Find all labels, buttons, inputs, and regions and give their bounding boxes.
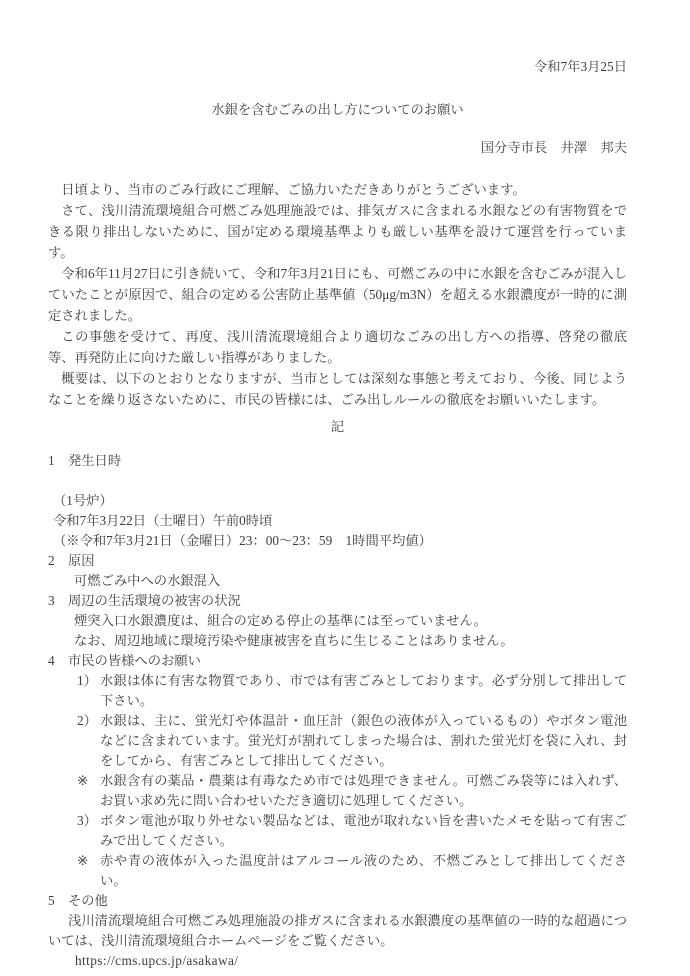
list-text: ボタン電池が取り外せない製品などは、電池が取れない旨を書いたメモを貼って有害ごみ…	[100, 811, 627, 851]
document-date: 令和7年3月25日	[48, 56, 627, 77]
section-3-line: なお、周辺地域に環境汚染や健康被害を直ちに生じることはありません。	[48, 631, 627, 651]
list-text: 水銀は、主に、蛍光灯や体温計・血圧計（銀色の液体が入っているもの）やボタン電池な…	[100, 711, 627, 771]
section-5-paragraph: 浅川清流環境組合可燃ごみ処理施設の排ガスに含まれる水銀濃度の基準値の一時的な超過…	[48, 911, 627, 951]
list-item-note: ※ 水銀含有の薬品・農薬は有毒なため市では処理できません。可燃ごみ袋等には入れず…	[48, 771, 627, 811]
intro-paragraphs: 日頃より、当市のごみ行政にご理解、ご協力いただきありがとうございます。 さて、浅…	[48, 179, 627, 410]
intro-paragraph: 令和6年11月27日に引き続いて、令和7年3月21日にも、可燃ごみの中に水銀を含…	[48, 263, 627, 326]
record-marker: 記	[48, 416, 627, 437]
intro-paragraph: 概要は、以下のとおりとなりますが、当市としては深刻な事態と考えており、今後、同じ…	[48, 368, 627, 410]
section-1-line: （1号炉）	[48, 491, 627, 511]
section-3-line: 煙突入口水銀濃度は、組合の定める停止の基準には至っていません。	[48, 611, 627, 631]
section-2-heading: 2 原因	[48, 551, 627, 571]
notice-sections: 1 発生日時 （1号炉） 令和7年3月22日（土曜日）午前0時頃 （※令和7年3…	[48, 451, 627, 971]
spacer	[48, 471, 627, 491]
section-5-heading: 5 その他	[48, 891, 627, 911]
note-marker: ※	[77, 851, 100, 891]
section-1-line: （※令和7年3月21日（金曜日）23：00～23：59 1時間平均値）	[48, 531, 627, 551]
intro-paragraph: 日頃より、当市のごみ行政にご理解、ご協力いただきありがとうございます。	[48, 179, 627, 200]
list-marker: 2）	[77, 711, 100, 771]
list-marker: 3）	[77, 811, 100, 851]
note-marker: ※	[77, 771, 100, 811]
sender-signature: 国分寺市長 井澤 邦夫	[48, 137, 627, 158]
document-page: 令和7年3月25日 水銀を含むごみの出し方についてのお願い 国分寺市長 井澤 邦…	[0, 0, 690, 976]
intro-paragraph: さて、浅川清流環境組合可燃ごみ処理施設では、排気ガスに含まれる水銀などの有害物質…	[48, 200, 627, 263]
list-item: 3） ボタン電池が取り外せない製品などは、電池が取れない旨を書いたメモを貼って有…	[48, 811, 627, 851]
list-item: 1） 水銀は体に有害な物質であり、市では有害ごみとしております。必ず分別して排出…	[48, 671, 627, 711]
list-item-note: ※ 赤や青の液体が入った温度計はアルコール液のため、不燃ごみとして排出してくださ…	[48, 851, 627, 891]
section-1-heading: 1 発生日時	[48, 451, 627, 471]
section-1-line: 令和7年3月22日（土曜日）午前0時頃	[48, 511, 627, 531]
section-4-heading: 4 市民の皆様へのお願い	[48, 651, 627, 671]
list-text: 赤や青の液体が入った温度計はアルコール液のため、不燃ごみとして排出してください。	[100, 851, 627, 891]
section-3-heading: 3 周辺の生活環境の被害の状況	[48, 591, 627, 611]
list-item: 2） 水銀は、主に、蛍光灯や体温計・血圧計（銀色の液体が入っているもの）やボタン…	[48, 711, 627, 771]
intro-paragraph: この事態を受けて、再度、浅川清流環境組合より適切なごみの出し方への指導、啓発の徹…	[48, 326, 627, 368]
section-2-line: 可燃ごみ中への水銀混入	[48, 571, 627, 591]
document-title: 水銀を含むごみの出し方についてのお願い	[48, 99, 627, 120]
list-text: 水銀含有の薬品・農薬は有毒なため市では処理できません。可燃ごみ袋等には入れず、お…	[100, 771, 627, 811]
list-text: 水銀は体に有害な物質であり、市では有害ごみとしております。必ず分別して排出して下…	[100, 671, 627, 711]
homepage-url: https://cms.upcs.jp/asakawa/	[48, 951, 627, 971]
list-marker: 1）	[77, 671, 100, 711]
